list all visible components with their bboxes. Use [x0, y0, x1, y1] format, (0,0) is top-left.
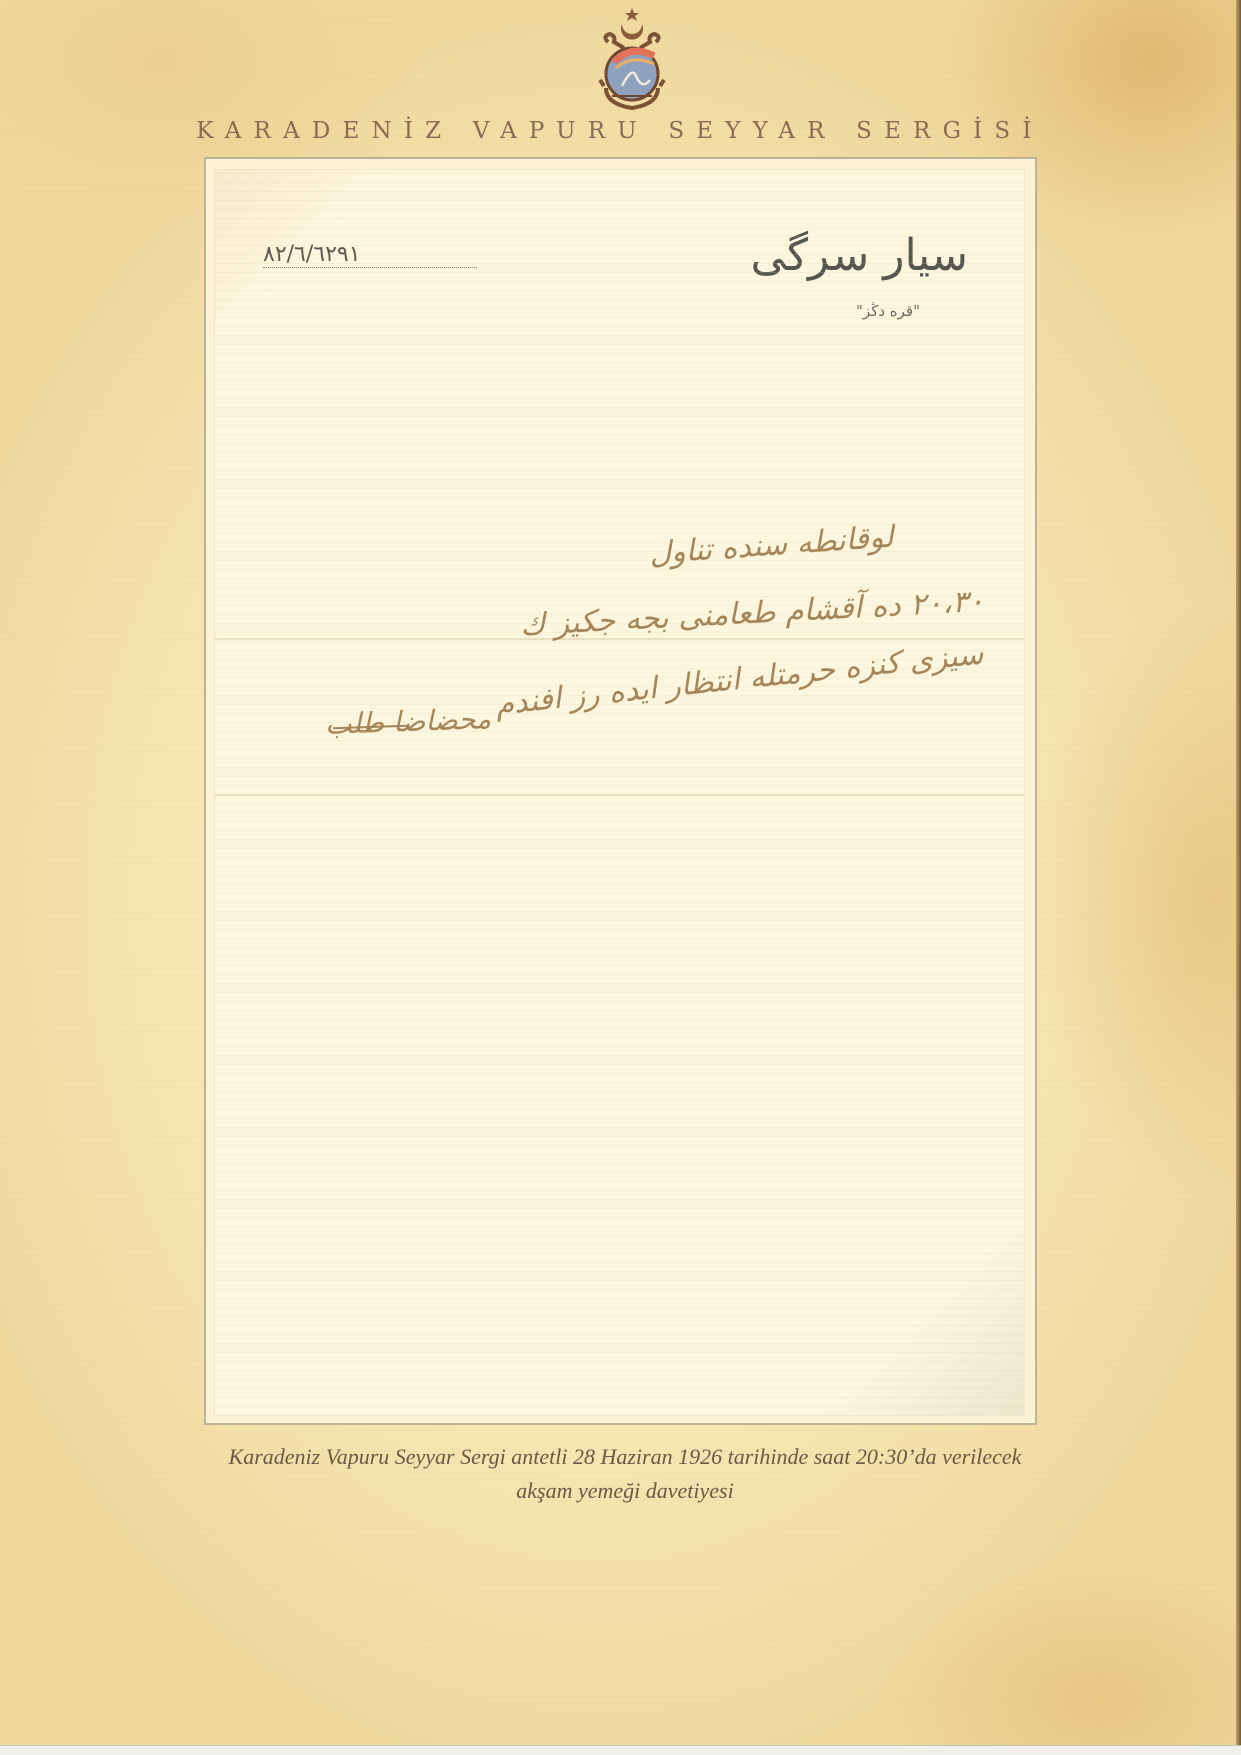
handwritten-line-1: لوقانطه سنده تناول: [648, 520, 895, 572]
handwritten-line-2: ٢٠،٣٠ ده آقشام طعامنى بجه جكيز ك: [519, 584, 985, 643]
letter-date: ١٩٢٦/٦/٢٨: [263, 242, 477, 268]
anchor-crescent-star-emblem-icon: [592, 6, 672, 114]
handwritten-signature: محضاضا طلب: [324, 702, 491, 741]
fold-line: [215, 794, 1024, 796]
page-bottom-edge: [0, 1745, 1241, 1755]
letter-sheet: ١٩٢٦/٦/٢٨ سيار سرگى "قره دڭز" لوقانطه سن…: [214, 169, 1025, 1416]
fold-line: [215, 638, 1024, 640]
caption: Karadeniz Vapuru Seyyar Sergi antetli 28…: [150, 1440, 1100, 1508]
letterhead-title: سيار سرگى: [750, 230, 968, 281]
page-title: KARADENİZ VAPURU SEYYAR SERGİSİ: [150, 118, 1090, 144]
letterhead-subtitle: "قره دڭز": [856, 302, 920, 320]
caption-line-1: Karadeniz Vapuru Seyyar Sergi antetli 28…: [150, 1440, 1100, 1474]
caption-line-2: akşam yemeği davetiyesi: [150, 1474, 1100, 1508]
signature-flourish: [333, 725, 408, 730]
page-right-edge-shadow: [1236, 0, 1241, 1745]
handwritten-line-3: سيزى كنزه حرمتله انتظار ايده رز افندم: [493, 636, 984, 722]
letter-date-text: ١٩٢٦/٦/٢٨: [263, 242, 361, 267]
